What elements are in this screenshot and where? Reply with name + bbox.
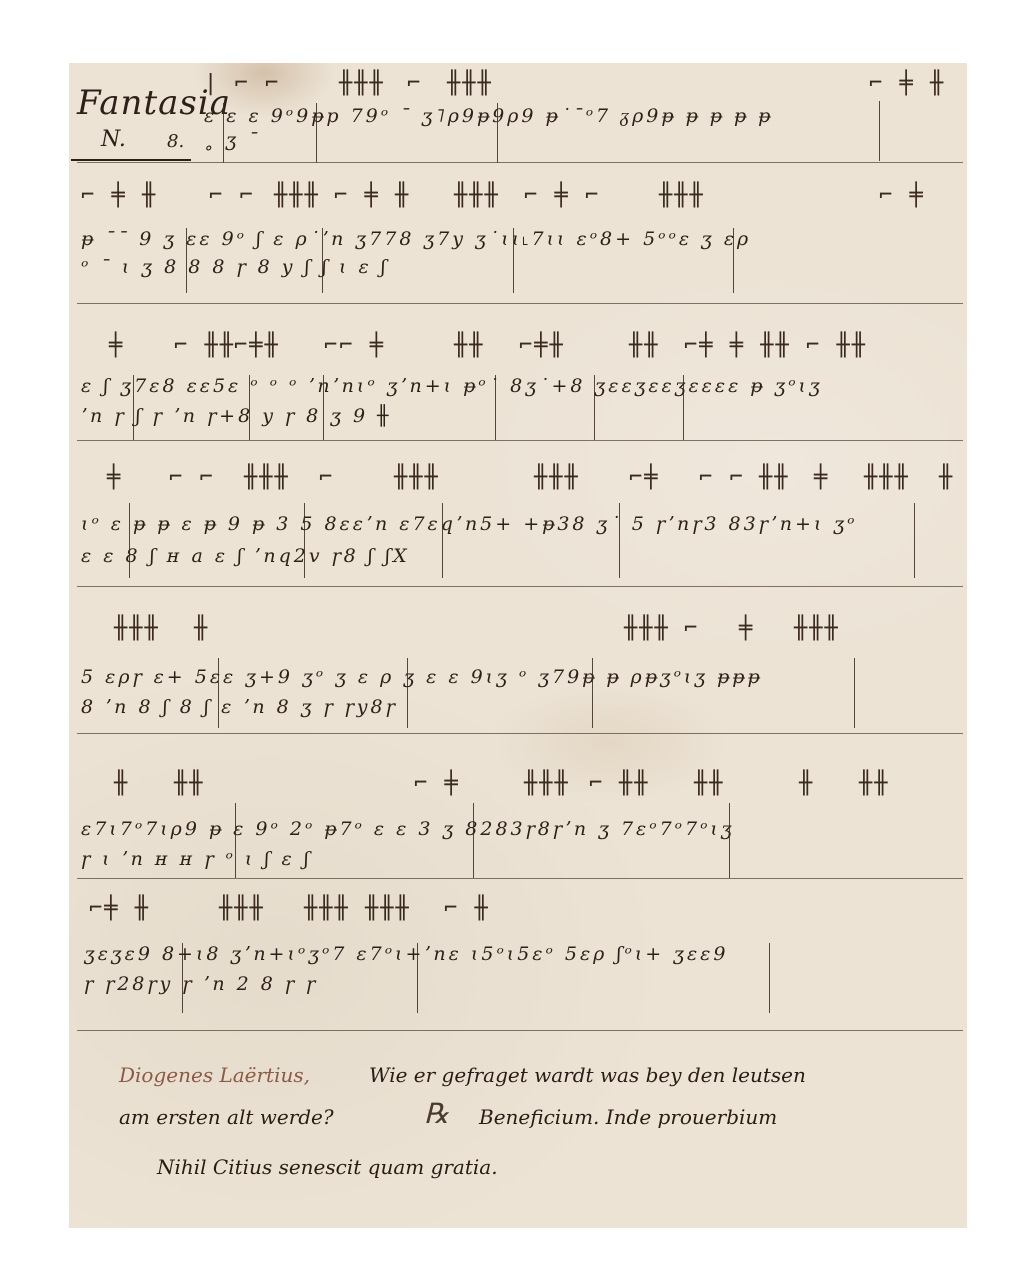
footer-text: am ersten alt werde? [119,1105,334,1129]
barline [594,375,595,440]
barline [729,803,730,878]
rhythm-signs: ╪ ⌐ ⌐ ╫╫╫ ⌐ ╫╫╫ ╫╫╫ ⌐╪ ⌐ ⌐ ╫╫ ╪ ╫╫╫ ╫ [69,465,967,505]
barline [316,103,317,163]
barline [304,503,305,578]
rhythm-signs: ╪ ⌐ ╫╫ ⌐╪╫ ⌐⌐ ╪ ╫╫ ⌐╪╫ ╫╫ ⌐╪ ╪ ╫╫ ⌐ ╫╫ [69,333,967,373]
rhythm-signs: ⌐╪ ╫ ╫╫╫ ╫╫╫ ╫╫╫ ⌐ ╫ [69,896,967,936]
barline [223,103,224,163]
barline [186,228,187,293]
barline [249,375,250,440]
barline [733,228,734,293]
staff-rule [77,1030,963,1031]
barline [442,503,443,578]
staff-rule [77,303,963,304]
staff-rule [77,733,963,734]
barline [769,943,770,1013]
tablature-system-4: ╪ ⌐ ⌐ ╫╫╫ ⌐ ╫╫╫ ╫╫╫ ⌐╪ ⌐ ⌐ ╫╫ ╪ ╫╫╫ ╫ ɩᵒ… [69,453,967,588]
barline [407,658,408,728]
barline [683,375,684,440]
barline [473,803,474,878]
barline [592,658,593,728]
barline [182,943,183,1013]
tablature-system-5: ╫╫╫ ╫ ╫╫╫ ⌐ ╪ ╫╫╫ 5 ɛρɼ ɛ+ 5ɛɛ ʒ+9 ʒᵒ ʒ … [69,598,967,733]
barline [619,503,620,578]
rhythm-signs: ╫╫╫ ╫ ╫╫╫ ⌐ ╪ ╫╫╫ [69,616,967,656]
barline [417,943,418,1013]
staff-rule [77,878,963,879]
manuscript-page: Fantasia N. 8. | ⌐ ⌐ ╫╫╫ ⌐ ╫╫╫ ⌐ ╪ ╫ ɛ ɛ… [69,63,967,1228]
proverb-text: Nihil Citius senescit quam gratia. [157,1155,498,1179]
barline [879,101,880,161]
tablature-system-2: ⌐ ╪ ╫ ⌐ ⌐ ╫╫╫ ⌐ ╪ ╫ ╫╫╫ ⌐ ╪ ⌐ ╫╫╫ ⌐ ╪ ᵽ … [69,173,967,303]
barline [914,503,915,578]
barline [854,658,855,728]
staff-rule [77,586,963,587]
barline [235,803,236,878]
tablature-system-7: ⌐╪ ╫ ╫╫╫ ╫╫╫ ╫╫╫ ⌐ ╫ ʒɛʒɛ9 8+ɩ8 ʒʼn+ɩᵒʒᵒ… [69,888,967,1028]
response-symbol-icon: ℞ [424,1097,449,1130]
barline [322,228,323,293]
footer-text: Wie er gefraget wardt was bey den leutse… [369,1063,806,1087]
barline [129,503,130,578]
tablature-system-1: | ⌐ ⌐ ╫╫╫ ⌐ ╫╫╫ ⌐ ╪ ╫ ɛ ɛ ɛ 9ᵒ9ᵽp 79ᵒ ˉ … [69,63,967,163]
barline [323,375,324,440]
footer-text: Beneficium. Inde prouerbium [479,1105,777,1129]
barline [133,375,134,440]
rhythm-signs: ╫ ╫╫ ⌐ ╪ ╫╫╫ ⌐ ╫╫ ╫╫ ╫ ╫╫ [69,771,967,811]
rubric-text: Diogenes Laërtius, [119,1063,310,1087]
barline [513,228,514,293]
barline [497,103,498,163]
tablature-system-3: ╪ ⌐ ╫╫ ⌐╪╫ ⌐⌐ ╪ ╫╫ ⌐╪╫ ╫╫ ⌐╪ ╪ ╫╫ ⌐ ╫╫ ɛ… [69,315,967,445]
rhythm-signs: ⌐ ╪ ╫ ⌐ ⌐ ╫╫╫ ⌐ ╪ ╫ ╫╫╫ ⌐ ╪ ⌐ ╫╫╫ ⌐ ╪ [69,183,967,223]
barline [495,375,496,440]
tablature-system-6: ╫ ╫╫ ⌐ ╪ ╫╫╫ ⌐ ╫╫ ╫╫ ╫ ╫╫ ɛ7ɩ7ᵒ7ɩρ9 ᵽ ɛ … [69,743,967,878]
barline [218,658,219,728]
staff-rule [77,162,963,163]
staff-rule [77,440,963,441]
